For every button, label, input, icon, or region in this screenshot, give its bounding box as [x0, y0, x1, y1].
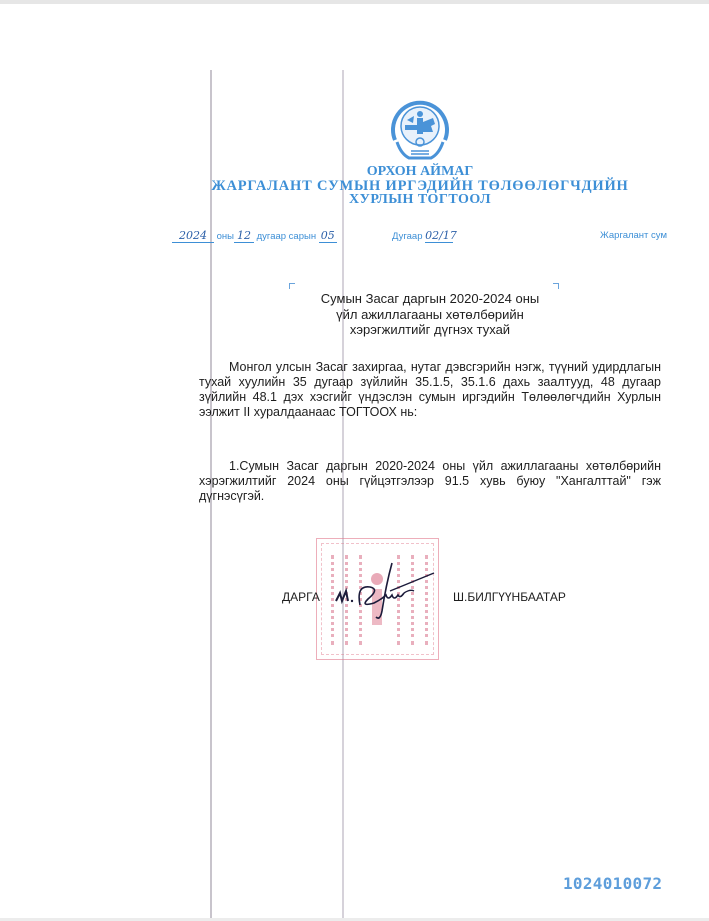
month-suffix: дугаар сарын — [257, 231, 316, 242]
document-place: Жаргалант сум — [600, 230, 667, 241]
date-month: 12 — [234, 230, 254, 243]
document-type: ХУРЛЫН ТОГТООЛ — [200, 193, 640, 207]
year-suffix: оны — [217, 231, 234, 242]
title-corner-mark — [289, 283, 295, 289]
resolution-item-1: 1.Сумын Засаг даргын 2020-2024 оны үйл а… — [199, 459, 661, 504]
number-label: Дугаар — [392, 231, 423, 242]
date-year: 2024 — [172, 230, 214, 243]
title-corner-mark — [553, 283, 559, 289]
date-day: 05 — [319, 230, 337, 243]
preamble-paragraph: Монгол улсын Засаг захиргаа, нутаг дэвсг… — [199, 360, 661, 420]
signatory-name: Ш.БИЛГҮҮНБААТАР — [453, 590, 566, 604]
document-serial-number: 1024010072 — [563, 874, 662, 893]
title-line: үйл ажиллагааны хөтөлбөрийн — [280, 307, 580, 323]
mongolia-state-emblem-icon — [387, 96, 453, 166]
preamble-text: Монгол улсын Засаг захиргаа, нутаг дэвсг… — [199, 360, 661, 419]
signatory-title: ДАРГА — [282, 590, 320, 604]
document-heading: ОРХОН АЙМАГ ЖАРГАЛАНТ СУМЫН ИРГЭДИЙН ТӨЛ… — [200, 165, 640, 207]
title-line: хэрэгжилтийг дүгнэх тухай — [280, 322, 580, 338]
resolution-text: 1.Сумын Засаг даргын 2020-2024 оны үйл а… — [199, 459, 661, 503]
number-value: 02/17 — [425, 230, 453, 243]
council-name: ЖАРГАЛАНТ СУМЫН ИРГЭДИЙН ТӨЛӨӨЛӨГЧДИЙН — [200, 179, 640, 193]
document-number: Дугаар 02/17 — [392, 230, 453, 243]
document-date: 2024 оны12 дугаар сарын 05 — [172, 230, 337, 243]
aimag-name: ОРХОН АЙМАГ — [200, 165, 640, 179]
scan-top-edge — [0, 0, 709, 4]
resolution-title: Сумын Засаг даргын 2020-2024 оны үйл ажи… — [280, 291, 580, 338]
handwritten-signature-icon — [330, 555, 440, 635]
title-line: Сумын Засаг даргын 2020-2024 оны — [280, 291, 580, 307]
